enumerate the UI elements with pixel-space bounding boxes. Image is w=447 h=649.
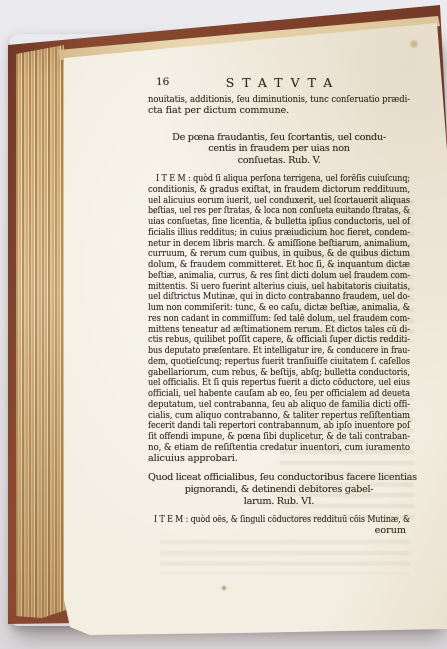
- text-line: I T E M : quòd oēs, & ſinguli cōductores…: [148, 515, 410, 526]
- page-header: 16 STATVTA: [148, 76, 410, 89]
- book-page: 16 STATVTA nouitatis, additionis, ſeu di…: [0, 0, 447, 649]
- rubric-vi-heading: Quod liceat officialibus, ſeu conductori…: [148, 472, 410, 508]
- running-title: STATVTA: [148, 76, 410, 89]
- text-line: nouitatis, additionis, ſeu diminutionis,…: [148, 95, 410, 106]
- text-line: alicuius approbari.: [148, 454, 410, 465]
- text-line: De pœna fraudantis, ſeu ſcortantis, uel …: [148, 132, 410, 144]
- page-number: 16: [156, 76, 169, 89]
- show-through-band: [160, 540, 410, 574]
- item-v-paragraph: I T E M : quòd ſi aliqua perſona terrige…: [148, 174, 410, 464]
- text-line: pignorandi, & detinendi debitores gabel-: [148, 484, 410, 496]
- text-line: conſuetas. Rub. V.: [148, 155, 410, 167]
- catchword-row: eorum: [148, 526, 410, 537]
- text-column: 16 STATVTA nouitatis, additionis, ſeu di…: [148, 76, 410, 537]
- text-line: Quod liceat officialibus, ſeu conductori…: [148, 472, 410, 484]
- text-line: centis in fraudem per uias non: [148, 143, 410, 155]
- text-line: cta fiat per dictum commune.: [148, 106, 410, 117]
- text-line: no, & etiam de reſiſtentia credatur inue…: [148, 443, 410, 454]
- catchword-text: eorum: [375, 525, 406, 536]
- text-line: larum. Rub. VI.: [148, 496, 410, 508]
- paragraph-continuation: nouitatis, additionis, ſeu diminutionis,…: [148, 95, 410, 117]
- photo-background: 16 STATVTA nouitatis, additionis, ſeu di…: [0, 0, 447, 649]
- rubric-v-heading: De pœna fraudantis, ſeu ſcortantis, uel …: [148, 132, 410, 168]
- item-vi-paragraph: I T E M : quòd oēs, & ſinguli cōductores…: [148, 515, 410, 526]
